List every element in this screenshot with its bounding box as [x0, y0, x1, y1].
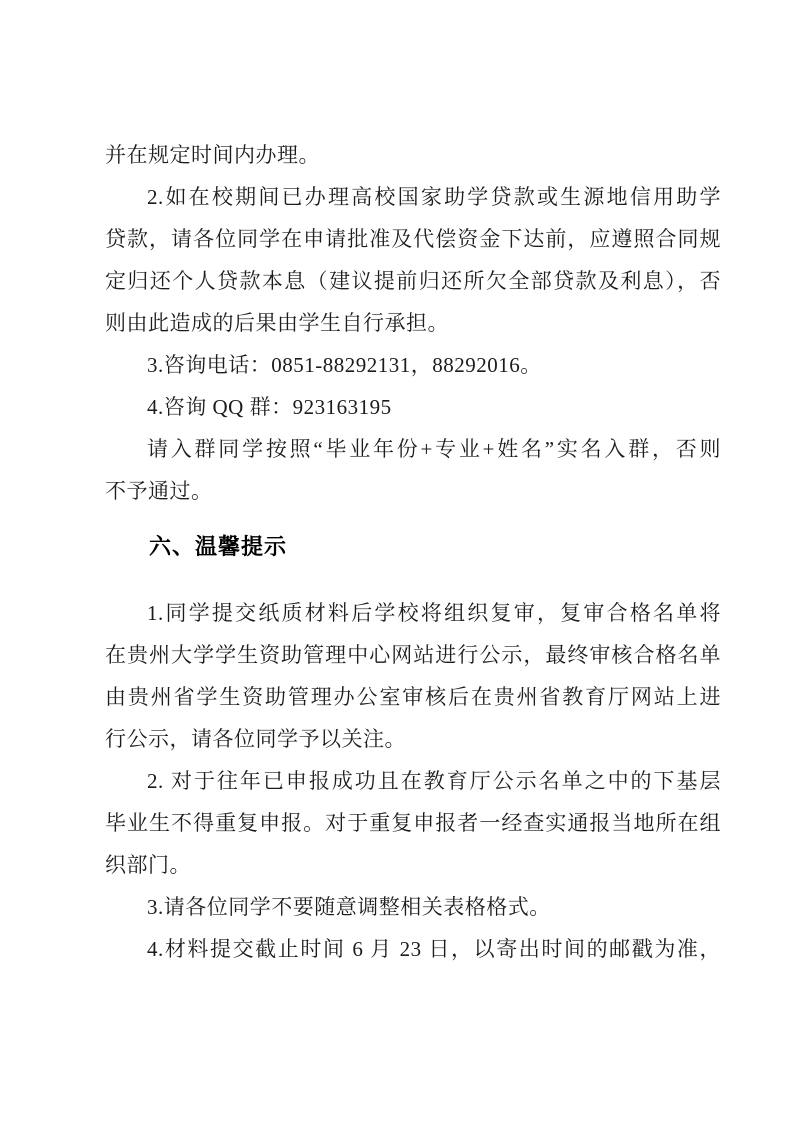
text-line: 由贵州省学生资助管理办公室审核后在贵州省教育厅网站上进 [105, 676, 721, 718]
text-line: 织部门。 [105, 844, 721, 886]
document-page: 并在规定时间内办理。2.如在校期间已办理高校国家助学贷款或生源地信用助学贷款，请… [0, 0, 793, 1122]
text-line: 2.如在校期间已办理高校国家助学贷款或生源地信用助学 [105, 176, 721, 218]
text-line: 行公示，请各位同学予以关注。 [105, 718, 721, 760]
text-line: 1.同学提交纸质材料后学校将组织复审，复审合格名单将 [105, 592, 721, 634]
section-heading: 六、温馨提示 [105, 526, 721, 568]
text-line: 2. 对于往年已申报成功且在教育厅公示名单之中的下基层 [105, 760, 721, 802]
text-line: 不予通过。 [105, 470, 721, 512]
text-line: 4.咨询 QQ 群：923163195 [105, 386, 721, 428]
text-line: 3.请各位同学不要随意调整相关表格格式。 [105, 886, 721, 928]
text-line: 3.咨询电话：0851-88292131，88292016。 [105, 344, 721, 386]
text-line: 则由此造成的后果由学生自行承担。 [105, 302, 721, 344]
text-line: 请入群同学按照“毕业年份+专业+姓名”实名入群，否则 [105, 428, 721, 470]
text-line: 定归还个人贷款本息（建议提前归还所欠全部贷款及利息），否 [105, 260, 721, 302]
text-line: 毕业生不得重复申报。对于重复申报者一经查实通报当地所在组 [105, 802, 721, 844]
text-line: 4.材料提交截止时间 6 月 23 日，以寄出时间的邮戳为准， [105, 928, 721, 970]
text-line: 在贵州大学学生资助管理中心网站进行公示，最终审核合格名单 [105, 634, 721, 676]
text-line: 并在规定时间内办理。 [105, 134, 721, 176]
text-line: 贷款，请各位同学在申请批准及代偿资金下达前，应遵照合同规 [105, 218, 721, 260]
document-body: 并在规定时间内办理。2.如在校期间已办理高校国家助学贷款或生源地信用助学贷款，请… [105, 134, 721, 970]
